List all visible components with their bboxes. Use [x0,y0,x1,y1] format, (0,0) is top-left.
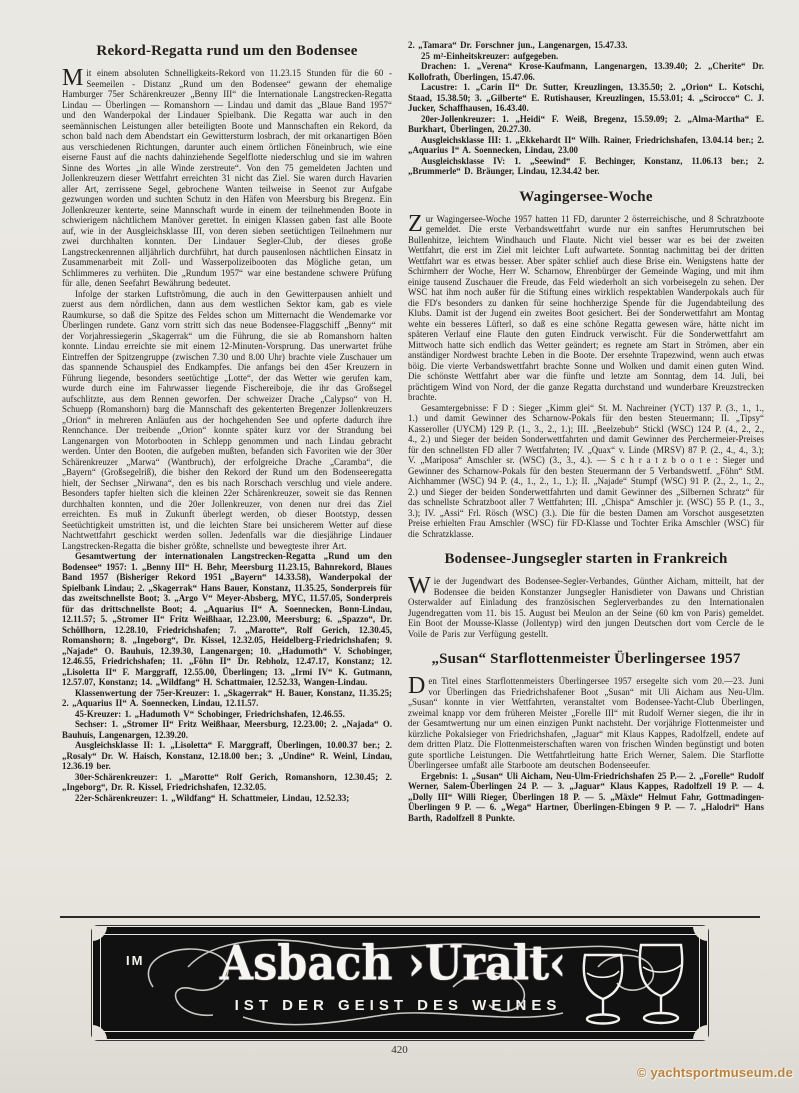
paragraph-rekord-1: Mit einem absoluten Schnelligkeits-Rekor… [62,68,392,289]
ad-prefix-label: IM [126,953,144,968]
magazine-page: Rekord-Regatta rund um den Bodensee Mit … [0,0,799,1093]
ad-brand-wordmark: Asbach ›Uralt‹ [153,936,633,992]
headline-wagingersee-woche: Wagingersee-Woche [408,188,764,206]
paragraph-30er-schaerenkreuzer: 30er-Schärenkreuzer: 1. „Marotte“ Rolf G… [62,772,392,793]
paragraph-ausgleichsklasse-4: Ausgleichsklasse IV: 1. „Seewind“ F. Bec… [408,156,764,177]
page-number: 420 [0,1044,799,1056]
paragraph-susan-ergebnis: Ergebnis: 1. „Susan“ Uli Aicham, Neu-Ulm… [408,771,764,824]
paragraph-45-kreuzer: 45-Kreuzer: 1. „Hadumoth V“ Schobinger, … [62,709,392,720]
headline-jungsegler-frankreich: Bodensee-Jungsegler starten in Frankreic… [408,550,764,568]
headline-rekord-regatta: Rekord-Regatta rund um den Bodensee [62,42,392,60]
paragraph-gesamtwertung: Gesamtwertung der internationalen Langst… [62,551,392,688]
paragraph-klassenwertung-75er: Klassenwertung der 75er-Kreuzer: 1. „Ska… [62,688,392,709]
paragraph-jungsegler-1: Wie der Jugendwart des Bodensee-Segler-V… [408,576,764,639]
paragraph-ausgleichsklasse-3: Ausgleichsklasse III: 1. „Ekkehardt II“ … [408,135,764,156]
paragraph-drachen: Drachen: 1. „Verena“ Krose-Kaufmann, Lan… [408,61,764,82]
paragraph-rekord-2: Infolge der starken Luftströmung, die au… [62,289,392,552]
headline-susan-starflottenmeister: „Susan“ Starflottenmeister Überlingersee… [408,650,764,668]
paragraph-lacustre: Lacustre: 1. „Carin II“ Dr. Sutter, Kreu… [408,82,764,114]
paragraph-sechser: Sechser: 1. „Stromer II“ Fritz Weißhaar,… [62,719,392,740]
right-column: 2. „Tamara“ Dr. Forschner jun., Langenar… [408,40,764,823]
left-column: Rekord-Regatta rund um den Bodensee Mit … [62,42,392,823]
paragraph-ausgleichsklasse-2: Ausgleichsklasse II: 1. „Lisoletta“ F. M… [62,740,392,772]
paragraph-20er-jollenkreuzer: 20er-Jollenkreuzer: 1. „Heidi“ F. Weiß, … [408,114,764,135]
paragraph-susan-1: Den Titel eines Starflottenmeisters Über… [408,676,764,771]
asbach-uralt-ad: IM Asbach ›Uralt‹ IST DER GEIST DES WEIN… [93,927,707,1039]
ad-tagline: IST DER GEIST DES WEINES [188,997,608,1014]
paragraph-waging-1: Zur Wagingersee-Woche 1957 hatten 11 FD,… [408,214,764,403]
watermark-yachtsportmuseum: © yachtsportmuseum.de [637,1065,793,1080]
divider-rule [60,916,760,918]
paragraph-22er-schaerenkreuzer: 22er-Schärenkreuzer: 1. „Wildfang“ H. Sc… [62,793,392,804]
paragraph-waging-gesamtergebnisse: Gesamtergebnisse: F D : Sieger „Kimm gle… [408,403,764,540]
article-columns: Rekord-Regatta rund um den Bodensee Mit … [62,42,764,823]
paragraph-einheitskreuzer: 25 m²-Einheitskreuzer: aufgegeben. [408,51,764,62]
paragraph-tamara: 2. „Tamara“ Dr. Forschner jun., Langenar… [408,40,764,51]
